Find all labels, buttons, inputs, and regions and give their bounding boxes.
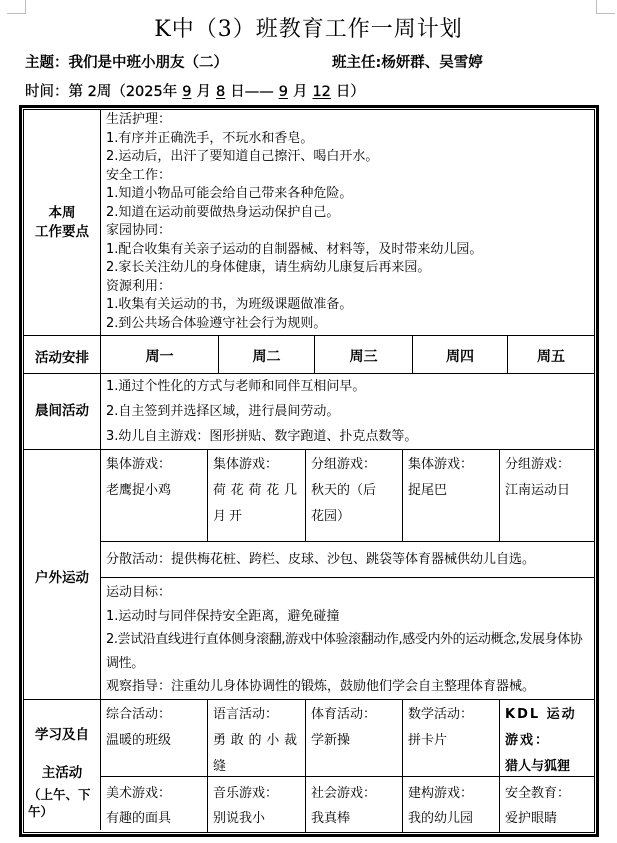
game-name: 荷花荷花几月开 bbox=[213, 478, 300, 530]
end-month: 9 bbox=[274, 84, 293, 100]
game-type: 集体游戏： bbox=[408, 452, 494, 478]
plan-table: 本周工作要点 生活护理： 1.有序并正确洗手，不玩水和香皂。 2.运动后，出汗了… bbox=[19, 105, 599, 837]
learning-am-wed: 体育活动： 学新操 bbox=[306, 700, 403, 777]
goal-heading: 运动目标： bbox=[106, 581, 589, 605]
goal-item: 1.运动时与同伴保持安全距离，避免碰撞 bbox=[106, 605, 589, 629]
morning-item: 3.幼儿自主游戏：图形拼贴、数字跑道、扑克点数等。 bbox=[106, 424, 589, 449]
theme-value: 我们是中班小朋友（二） bbox=[69, 55, 229, 71]
plan-table-inner: 本周工作要点 生活护理： 1.有序并正确洗手，不玩水和香皂。 2.运动后，出汗了… bbox=[23, 109, 595, 833]
activity-name: 学新操 bbox=[311, 728, 397, 754]
focus-item: 2.到公共场合体验遵守社会行为规则。 bbox=[106, 315, 589, 334]
game-name: 秋天的（后花园） bbox=[311, 478, 381, 530]
focus-item: 1.收集有关运动的书，为班级课题做准备。 bbox=[106, 296, 589, 315]
activity-name: 爱护眼睛 bbox=[505, 806, 589, 831]
learning-label: 学习及自 主活动 （上午、下午） bbox=[24, 700, 101, 830]
guidance: 观察指导：注重幼儿身体协调性的锻炼，鼓励他们学会自主整理体育器械。 bbox=[106, 675, 589, 699]
label-line: 本周 bbox=[35, 204, 89, 223]
teacher-label: 班主任: bbox=[332, 55, 381, 71]
focus-heading: 安全工作： bbox=[106, 167, 589, 186]
activity-type: 安全教育： bbox=[505, 781, 589, 806]
activity-type: 语言活动： bbox=[213, 702, 300, 728]
theme-label: 主题： bbox=[25, 55, 69, 71]
learning-pm-thu: 建构游戏： 我的幼儿园 bbox=[403, 777, 500, 832]
weekly-focus-content: 生活护理： 1.有序并正确洗手，不玩水和香皂。 2.运动后，出汗了要知道自己擦汗… bbox=[101, 110, 594, 336]
game-type: 分组游戏： bbox=[505, 452, 589, 478]
weekly-focus-label: 本周工作要点 bbox=[24, 110, 101, 336]
time-prefix: 时间：第 2周（2025年 bbox=[25, 84, 177, 100]
activity-type: 美术游戏： bbox=[106, 781, 202, 806]
label-line: 工作要点 bbox=[35, 223, 89, 242]
morning-label: 晨间活动 bbox=[24, 374, 101, 450]
game-type: 集体游戏： bbox=[213, 452, 300, 478]
outdoor-label: 户外运动 bbox=[24, 450, 101, 700]
learning-pm-fri: 安全教育： 爱护眼睛 bbox=[500, 777, 594, 832]
start-month: 9 bbox=[177, 84, 196, 100]
outdoor-goals: 运动目标： 1.运动时与同伴保持安全距离，避免碰撞 2.尝试沿直线进行直体侧身滚… bbox=[101, 578, 594, 700]
game-name: 捉尾巴 bbox=[408, 478, 494, 504]
learning-pm-mon: 美术游戏： 有趣的面具 bbox=[101, 777, 208, 832]
activity-type: 综合活动： bbox=[106, 702, 202, 728]
outdoor-game-tue: 集体游戏： 荷花荷花几月开 bbox=[208, 450, 306, 542]
outdoor-game-wed: 分组游戏： 秋天的（后花园） bbox=[306, 450, 403, 542]
goal-item: 2.尝试沿直线进行直体侧身滚翻,游戏中体验滚翻动作,感受内外的运动概念,发展身体… bbox=[106, 628, 589, 675]
focus-heading: 生活护理： bbox=[106, 111, 589, 130]
outdoor-scattered: 分散活动：提供梅花桩、跨栏、皮球、沙包、跳袋等体育器械供幼儿自选。 bbox=[101, 542, 594, 578]
month-char: 月 bbox=[293, 84, 308, 100]
focus-item: 1.配合收集有关亲子运动的自制器械、材料等，及时带来幼儿园。 bbox=[106, 241, 589, 260]
outdoor-game-fri: 分组游戏： 江南运动日 bbox=[500, 450, 594, 542]
learning-pm-wed: 社会游戏： 我真棒 bbox=[306, 777, 403, 832]
activity-name: 我真棒 bbox=[311, 806, 397, 831]
time-line: 时间：第 2周（2025年9月8日——9月12日） bbox=[25, 80, 365, 101]
teacher-line: 班主任:杨妍群、吴雪婷 bbox=[332, 51, 483, 72]
outdoor-game-mon: 集体游戏： 老鹰捉小鸡 bbox=[101, 450, 208, 542]
day-header-wed: 周三 bbox=[315, 336, 413, 374]
learning-am-tue: 语言活动： 勇敢的小裁缝 bbox=[208, 700, 306, 777]
activity-name: 我的幼儿园 bbox=[408, 806, 494, 831]
game-name: 江南运动日 bbox=[505, 478, 589, 504]
date-dash: 日—— bbox=[230, 84, 274, 100]
morning-item: 2.自主签到并选择区域，进行晨间劳动。 bbox=[106, 399, 589, 424]
end-day: 12 bbox=[307, 84, 335, 100]
game-type: 分组游戏： bbox=[311, 452, 397, 478]
theme-line: 主题：我们是中班小朋友（二） bbox=[25, 51, 228, 72]
activity-type: KDL 运动游戏： bbox=[505, 702, 589, 754]
start-day: 8 bbox=[211, 84, 230, 100]
focus-item: 1.有序并正确洗手，不玩水和香皂。 bbox=[106, 130, 589, 149]
activity-type: 体育活动： bbox=[311, 702, 397, 728]
schedule-label: 活动安排 bbox=[24, 336, 101, 374]
label-line: 学习及自 bbox=[28, 726, 96, 744]
learning-am-thu: 数学活动： 拼卡片 bbox=[403, 700, 500, 777]
game-type: 集体游戏： bbox=[106, 452, 202, 478]
activity-type: 建构游戏： bbox=[408, 781, 494, 806]
focus-heading: 资源利用： bbox=[106, 278, 589, 297]
activity-name: 有趣的面具 bbox=[106, 806, 202, 831]
activity-name: 勇敢的小裁缝 bbox=[213, 728, 300, 777]
day-header-fri: 周五 bbox=[508, 336, 594, 374]
learning-am-fri: KDL 运动游戏： 猎人与狐狸 bbox=[500, 700, 594, 777]
focus-item: 2.运动后，出汗了要知道自己擦汗、喝白开水。 bbox=[106, 148, 589, 167]
activity-name: 拼卡片 bbox=[408, 728, 494, 754]
day-header-mon: 周一 bbox=[101, 336, 219, 374]
morning-item: 1.通过个性化的方式与老师和同伴互相问早。 bbox=[106, 374, 589, 399]
label-line: （上午、下午） bbox=[28, 786, 96, 820]
activity-name: 温暖的班级 bbox=[106, 728, 202, 754]
day-header-tue: 周二 bbox=[219, 336, 315, 374]
focus-item: 1.知道小物品可能会给自己带来各种危险。 bbox=[106, 185, 589, 204]
learning-am-mon: 综合活动： 温暖的班级 bbox=[101, 700, 208, 777]
activity-type: 数学活动： bbox=[408, 702, 494, 728]
month-char: 月 bbox=[196, 84, 211, 100]
game-name: 老鹰捉小鸡 bbox=[106, 478, 202, 504]
focus-item: 2.知道在运动前要做热身运动保护自己。 bbox=[106, 204, 589, 223]
activity-type: 社会游戏： bbox=[311, 781, 397, 806]
focus-item: 2.家长关注幼儿的身体健康，请生病幼儿康复后再来园。 bbox=[106, 259, 589, 278]
document-title: K中（3）班教育工作一周计划 bbox=[0, 12, 617, 43]
time-suffix: 日） bbox=[336, 84, 365, 100]
outdoor-game-thu: 集体游戏： 捉尾巴 bbox=[403, 450, 500, 542]
activity-name: 猎人与狐狸 bbox=[505, 754, 589, 777]
teacher-value: 杨妍群、吴雪婷 bbox=[381, 55, 483, 71]
activity-name: 别说我小 bbox=[213, 806, 300, 831]
focus-heading: 家园协同： bbox=[106, 222, 589, 241]
learning-pm-tue: 音乐游戏： 别说我小 bbox=[208, 777, 306, 832]
activity-type: 音乐游戏： bbox=[213, 781, 300, 806]
label-line: 主活动 bbox=[28, 764, 96, 782]
morning-content: 1.通过个性化的方式与老师和同伴互相问早。 2.自主签到并选择区域，进行晨间劳动… bbox=[101, 374, 594, 450]
day-header-thu: 周四 bbox=[413, 336, 508, 374]
